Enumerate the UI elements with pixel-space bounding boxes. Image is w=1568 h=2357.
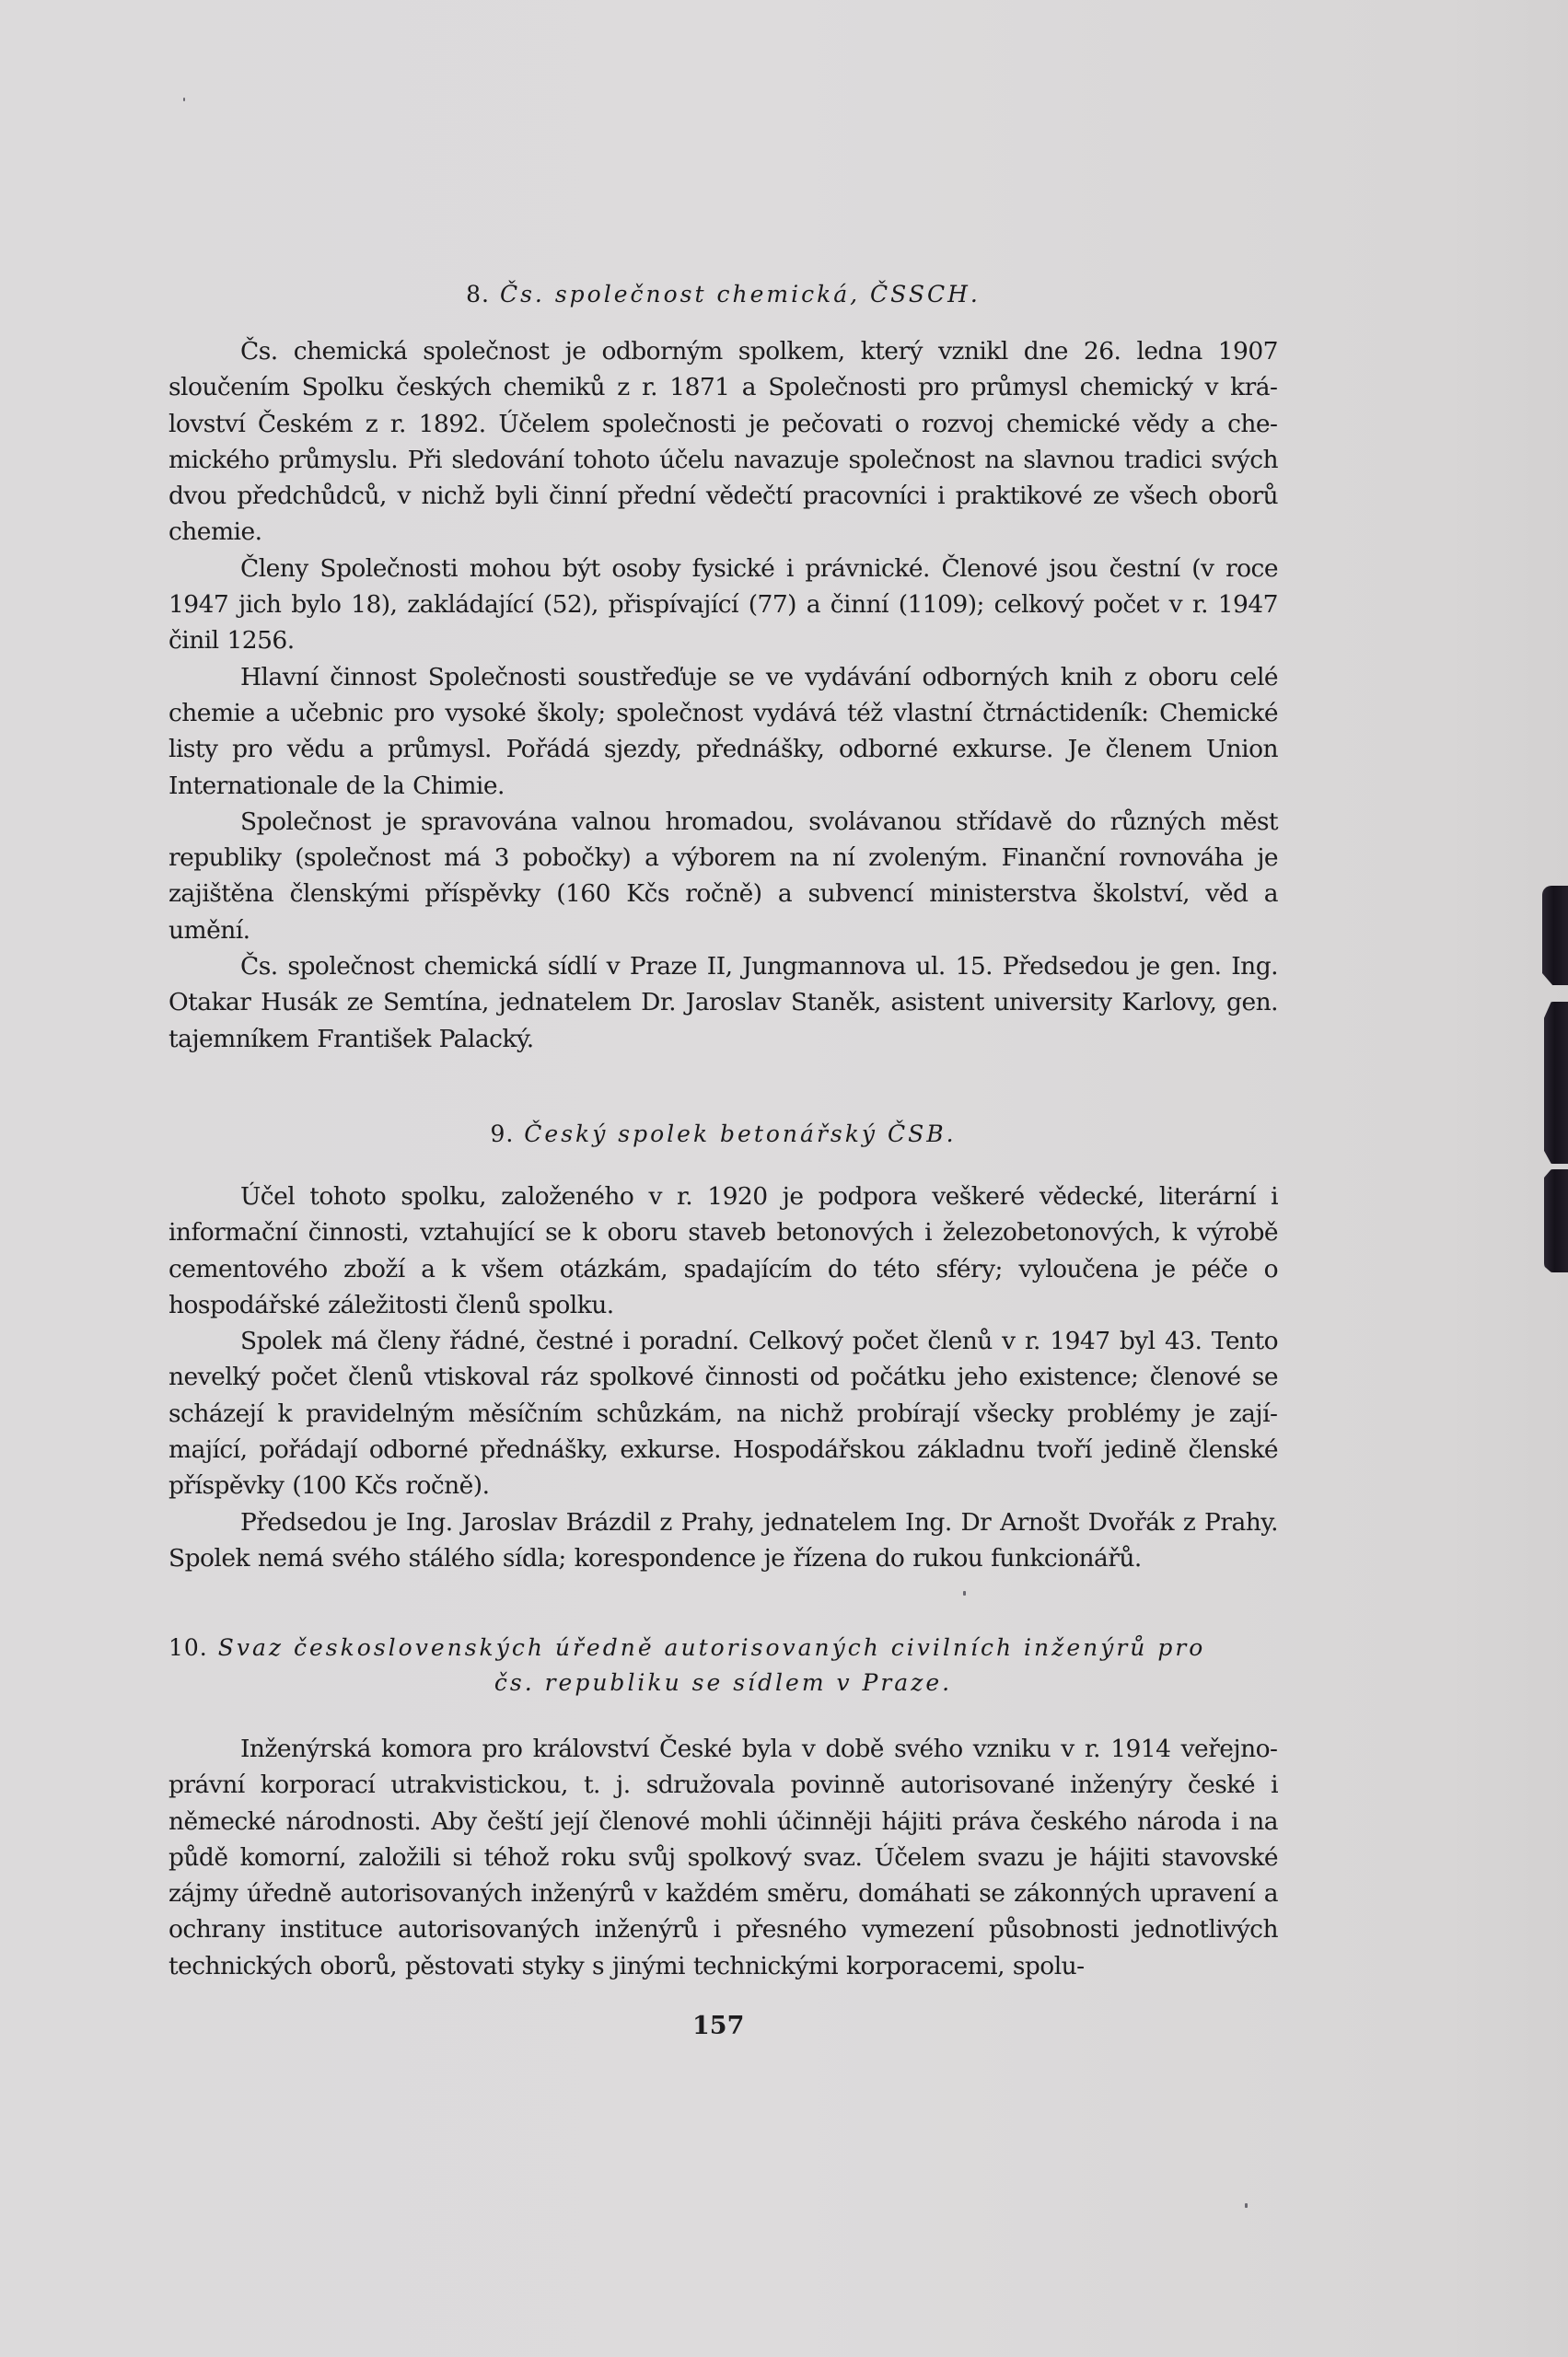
section-title: Český spolek betonářský ČSB. [524,1120,956,1147]
paper-speck [963,1591,966,1596]
paper-speck [183,98,185,101]
paper-speck [1245,2203,1248,2208]
section-8-heading: 8. Čs. společnost chemická, ČSSCH. [168,276,1278,312]
section-title-line-1: Svaz československých úředně autorisovan… [218,1634,1206,1661]
section-9-body: Účel tohoto spolku, založeného v r. 1920… [168,1178,1278,1576]
binder-clip-icon [1542,886,1568,985]
section-10-heading-line-2: čs. republiku se sídlem v Praze. [168,1665,1278,1701]
section-9-heading: 9. Český spolek betonářský ČSB. [168,1116,1278,1152]
paragraph: Hlavní činnost Společnosti soustřeďuje s… [168,659,1278,804]
section-10-heading: 10. Svaz československých úředně autoris… [168,1630,1278,1666]
section-number: 10. [168,1634,208,1661]
paragraph: Členy Společnosti mohou být osoby fysick… [168,551,1278,659]
paragraph: Inženýrská komora pro království České b… [168,1731,1278,1984]
paragraph: Spolek má členy řádné, čestné i poradní.… [168,1323,1278,1504]
paragraph: Účel tohoto spolku, založeného v r. 1920… [168,1178,1278,1323]
paragraph: Čs. společnost chemická sídlí v Praze II… [168,948,1278,1057]
scanned-page: 8. Čs. společnost chemická, ČSSCH. Čs. c… [0,0,1568,2357]
section-title-line-2: čs. republiku se sídlem v Praze. [494,1669,952,1696]
paragraph: Společnost je spravována valnou hromadou… [168,804,1278,948]
section-number: 9. [490,1120,514,1147]
section-number: 8. [466,281,490,308]
paragraph: Předsedou je Ing. Jaroslav Brázdil z Pra… [168,1504,1278,1577]
section-10-body: Inženýrská komora pro království České b… [168,1731,1278,1984]
section-8-body: Čs. chemická společnost je odborným spol… [168,333,1278,1057]
binder-clip-icon [1544,1002,1568,1164]
binder-clip-icon [1544,1169,1568,1272]
section-title: Čs. společnost chemická, ČSSCH. [500,281,981,308]
page-number: 157 [692,2012,744,2040]
paragraph: Čs. chemická společnost je odborným spol… [168,333,1278,551]
